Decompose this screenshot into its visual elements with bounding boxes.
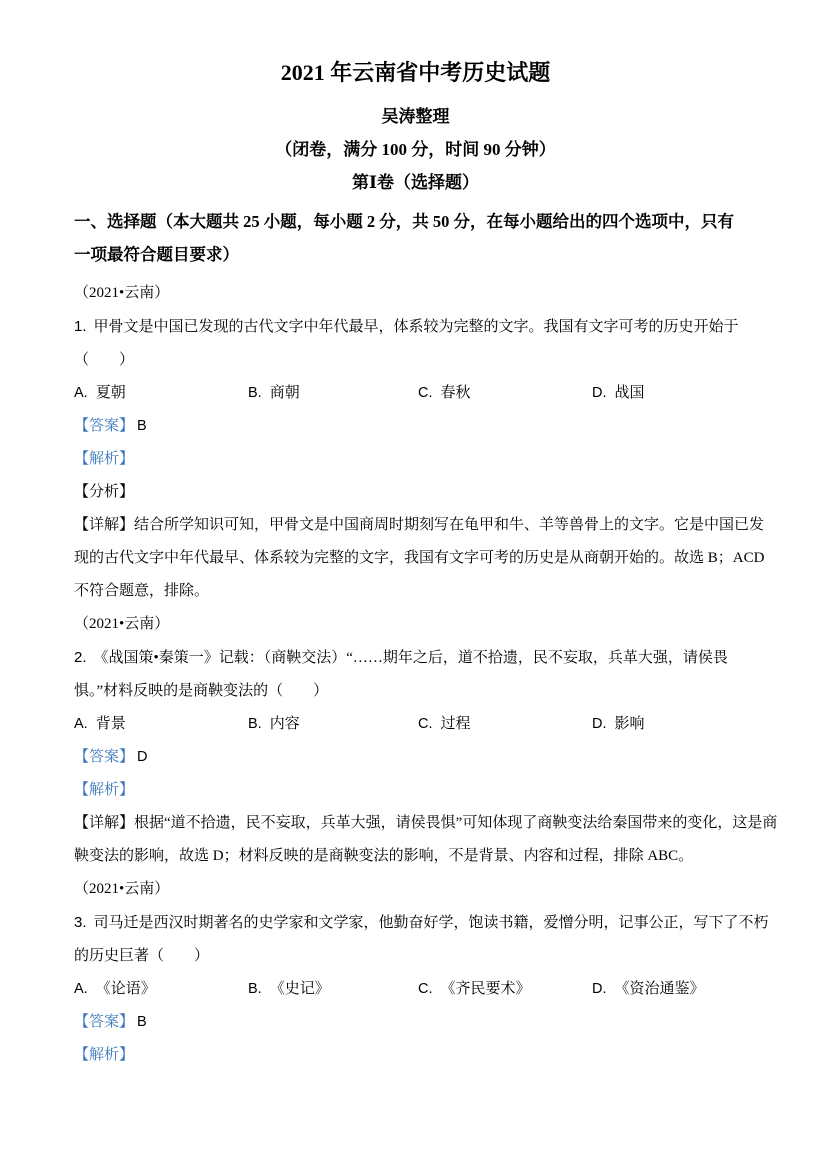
option-label: B. (248, 716, 262, 732)
answer-value: D (137, 749, 147, 765)
question-1-option-a: A.夏朝 (74, 377, 248, 410)
option-label: A. (74, 385, 88, 401)
question-1-detail-line-1: 【详解】结合所学知识可知，甲骨文是中国商周时期刻写在龟甲和牛、羊等兽骨上的文字。… (74, 509, 757, 542)
question-2-stem-line-2: 惧。”材料反映的是商鞅变法的（ ） (74, 675, 757, 708)
section-instruction-line-1: 一、选择题（本大题共 25 小题，每小题 2 分，共 50 分，在每小题给出的四… (74, 205, 757, 238)
question-3-option-b: B.《史记》 (248, 973, 418, 1006)
option-text: 商朝 (270, 385, 300, 401)
option-text: 《资治通鉴》 (615, 981, 705, 997)
question-3-stem-text: 司马迁是西汉时期著名的史学家和文学家，他勤奋好学，饱读书籍，爱憎分明，记事公正，… (94, 915, 769, 931)
option-text: 过程 (441, 716, 471, 732)
option-label: C. (418, 716, 433, 732)
questions-body: （2021•云南） 1.甲骨文是中国已发现的古代文字中年代最早，体系较为完整的文… (74, 277, 757, 1072)
question-1-source-line: （2021•云南） (74, 277, 757, 310)
option-text: 背景 (96, 716, 126, 732)
question-1-stem-text: 甲骨文是中国已发现的古代文字中年代最早，体系较为完整的文字。我国有文字可考的历史… (94, 319, 739, 335)
option-text: 《齐民要术》 (441, 981, 531, 997)
option-label: D. (592, 981, 607, 997)
question-3-option-a: A.《论语》 (74, 973, 248, 1006)
compiler-line: 吴涛整理 (74, 104, 757, 130)
option-text: 春秋 (441, 385, 471, 401)
question-3-answer-line: 【答案】B (74, 1006, 757, 1039)
section-instruction-line-2: 一项最符合题目要求） (74, 238, 757, 271)
question-3-source-line: （2021•云南） (74, 873, 757, 906)
option-label: D. (592, 716, 607, 732)
question-1-option-b: B.商朝 (248, 377, 418, 410)
question-3-number: 3. (74, 914, 87, 931)
answer-value: B (137, 418, 147, 434)
option-label: D. (592, 385, 607, 401)
option-label: C. (418, 385, 433, 401)
exam-info-line: （闭卷，满分 100 分，时间 90 分钟） (74, 137, 757, 163)
question-1-analysis-line: 【解析】 (74, 443, 757, 476)
question-2-stem-text: 《战国策•秦策一》记载：（商鞅交法）“……期年之后，道不拾遗，民不妄取，兵革大强… (94, 650, 728, 666)
question-2-analysis-line: 【解析】 (74, 774, 757, 807)
answer-label: 【答案】 (74, 418, 134, 434)
option-label: A. (74, 716, 88, 732)
option-text: 内容 (270, 716, 300, 732)
question-1-option-d: D.战国 (592, 377, 757, 410)
option-text: 战国 (615, 385, 645, 401)
question-3-analysis-line: 【解析】 (74, 1039, 757, 1072)
volume-heading: 第Ⅰ卷（选择题） (74, 170, 757, 196)
answer-value: B (137, 1014, 147, 1030)
question-2-detail-line-1: 【详解】根据“道不拾遗，民不妄取，兵革大强，请侯畏惧”可知体现了商鞅变法给秦国带… (74, 807, 757, 840)
question-2-option-d: D.影响 (592, 708, 757, 741)
option-text: 影响 (615, 716, 645, 732)
exam-paper-page: 2021 年云南省中考历史试题 吴涛整理 （闭卷，满分 100 分，时间 90 … (0, 0, 827, 1169)
question-2-number: 2. (74, 649, 87, 666)
analysis-label: 【解析】 (74, 782, 134, 798)
option-label: A. (74, 981, 88, 997)
question-1-options-row: A.夏朝 B.商朝 C.春秋 D.战国 (74, 377, 757, 410)
question-2-source-line: （2021•云南） (74, 608, 757, 641)
question-2-option-c: C.过程 (418, 708, 592, 741)
option-label: B. (248, 981, 262, 997)
option-text: 《史记》 (270, 981, 330, 997)
question-1-stem-line-1: 1.甲骨文是中国已发现的古代文字中年代最早，体系较为完整的文字。我国有文字可考的… (74, 310, 757, 344)
question-1-detail-line-2: 现的古代文字中年代最早、体系较为完整的文字，我国有文字可考的历史是从商朝开始的。… (74, 542, 757, 575)
question-1-answer-line: 【答案】B (74, 410, 757, 443)
question-3-stem-line-2: 的历史巨著（ ） (74, 940, 757, 973)
question-1-overview-line: 【分析】 (74, 476, 757, 509)
analysis-label: 【解析】 (74, 1047, 134, 1063)
question-3-option-d: D.《资治通鉴》 (592, 973, 757, 1006)
question-2-detail-line-2: 鞅变法的影响，故选 D；材料反映的是商鞅变法的影响，不是背景、内容和过程，排除 … (74, 840, 757, 873)
question-2-options-row: A.背景 B.内容 C.过程 D.影响 (74, 708, 757, 741)
option-text: 夏朝 (96, 385, 126, 401)
question-3-options-row: A.《论语》 B.《史记》 C.《齐民要术》 D.《资治通鉴》 (74, 973, 757, 1006)
question-1-option-c: C.春秋 (418, 377, 592, 410)
question-3-option-c: C.《齐民要术》 (418, 973, 592, 1006)
option-text: 《论语》 (96, 981, 156, 997)
option-label: C. (418, 981, 433, 997)
question-1-number: 1. (74, 318, 87, 335)
analysis-label: 【解析】 (74, 451, 134, 467)
answer-label: 【答案】 (74, 1014, 134, 1030)
question-2-option-b: B.内容 (248, 708, 418, 741)
option-label: B. (248, 385, 262, 401)
answer-label: 【答案】 (74, 749, 134, 765)
question-1-stem-line-2: （ ） (74, 344, 757, 377)
question-3-stem-line-1: 3.司马迁是西汉时期著名的史学家和文学家，他勤奋好学，饱读书籍，爱憎分明，记事公… (74, 906, 757, 940)
question-1-detail-line-3: 不符合题意，排除。 (74, 575, 757, 608)
question-2-answer-line: 【答案】D (74, 741, 757, 774)
question-2-stem-line-1: 2.《战国策•秦策一》记载：（商鞅交法）“……期年之后，道不拾遗，民不妄取，兵革… (74, 641, 757, 675)
section-instruction: 一、选择题（本大题共 25 小题，每小题 2 分，共 50 分，在每小题给出的四… (74, 205, 757, 271)
question-2-option-a: A.背景 (74, 708, 248, 741)
page-title: 2021 年云南省中考历史试题 (74, 54, 757, 92)
